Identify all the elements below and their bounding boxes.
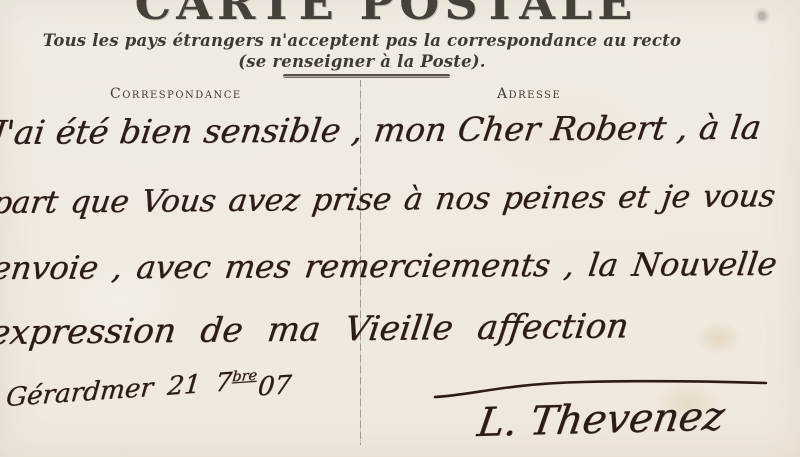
handwritten-message-line-3: envoie , avec mes remerciements , la Nou…	[0, 244, 779, 288]
handwritten-message-line-1: J'ai été bien sensible , mon Cher Robert…	[0, 107, 764, 154]
postcard-back: CARTE POSTALE Tous les pays étrangers n'…	[0, 0, 800, 457]
handwritten-dateline: Gérardmer 21 7bre07	[5, 362, 294, 414]
dateline-place: Gérardmer	[5, 373, 155, 413]
dateline-year: 07	[257, 370, 293, 402]
foreign-countries-notice: Tous les pays étrangers n'acceptent pas …	[43, 31, 681, 50]
postcard-title: CARTE POSTALE	[135, 0, 638, 26]
post-office-notice: (se renseigner à la Poste).	[238, 52, 486, 71]
dateline-month: 7	[214, 367, 233, 398]
correspondance-column-label: Correspondance	[110, 86, 242, 102]
notice-underline-rule	[283, 74, 450, 78]
handwritten-message-line-4: expression de ma Vieille affection	[0, 305, 631, 354]
handwritten-message-line-2: part que Vous avez prise à nos peines et…	[0, 177, 778, 223]
adresse-column-label: Adresse	[497, 86, 561, 102]
dateline-day: 21	[166, 370, 202, 402]
handwritten-signature: L. Thevenez	[474, 392, 727, 448]
dateline-month-suffix: bre	[231, 368, 257, 386]
